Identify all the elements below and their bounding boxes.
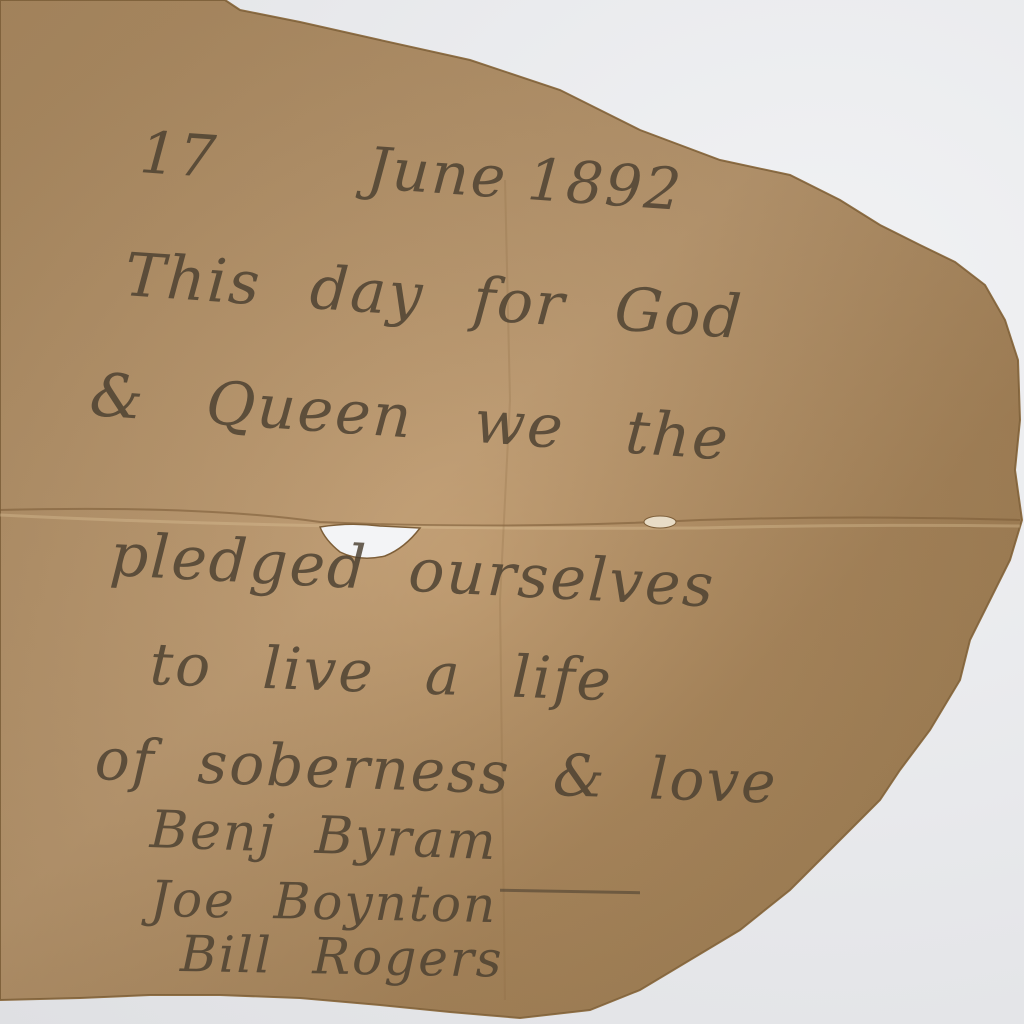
signature-underline	[500, 889, 640, 894]
date-month-year: June 1892	[365, 134, 685, 224]
photo-scene: 17June 1892 This day for God & Queen we …	[0, 0, 1024, 1024]
body-line-2: & Queen we the	[88, 360, 733, 475]
body-line-1: This day for God	[123, 240, 746, 353]
signature-1: Benj Byram	[149, 800, 499, 872]
body-line-4: to live a life	[149, 630, 614, 714]
date-line: 17June 1892	[138, 118, 686, 224]
signature-3: Bill Rogers	[179, 925, 503, 989]
body-line-3: pledged ourselves	[108, 520, 717, 622]
handwritten-text: 17June 1892 This day for God & Queen we …	[0, 0, 1024, 1024]
date-day: 17	[138, 118, 220, 191]
